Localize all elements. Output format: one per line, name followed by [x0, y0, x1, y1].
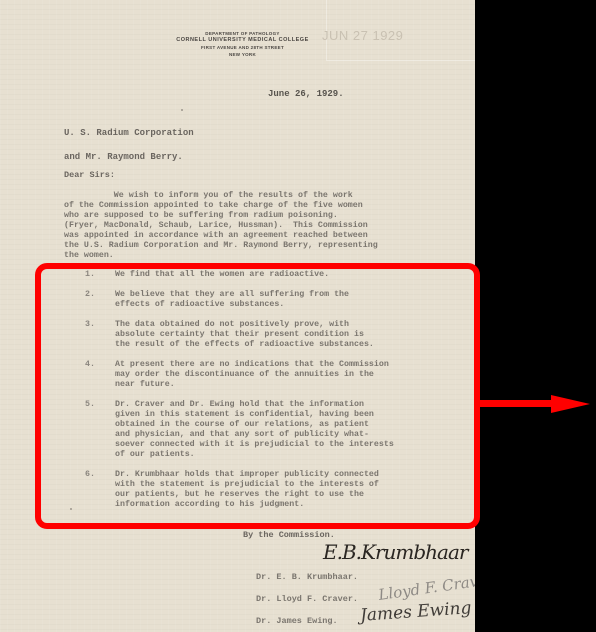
- addressee-line-2: and Mr. Raymond Berry.: [64, 145, 194, 169]
- signatory-name-craver: Dr. Lloyd F. Craver.: [256, 594, 358, 604]
- paper-speck: [70, 508, 72, 510]
- letterhead-city: NEW YORK: [150, 51, 335, 58]
- addressee-block: U. S. Radium Corporation and Mr. Raymond…: [64, 121, 194, 169]
- addressee-line-1: U. S. Radium Corporation: [64, 121, 194, 145]
- finding-text: We believe that they are all suffering f…: [115, 290, 349, 310]
- finding-text: At present there are no indications that…: [115, 360, 389, 390]
- intro-paragraph: We wish to inform you of the results of …: [64, 191, 409, 261]
- letterhead-college: CORNELL UNIVERSITY MEDICAL COLLEGE: [150, 37, 335, 44]
- finding-number: 5.: [85, 400, 115, 460]
- letterhead-department: DEPARTMENT OF PATHOLOGY: [150, 30, 335, 37]
- finding-text: The data obtained do not positively prov…: [115, 320, 374, 350]
- finding-item: 1. We find that all the women are radioa…: [85, 270, 455, 280]
- finding-item: 5. Dr. Craver and Dr. Ewing hold that th…: [85, 400, 455, 460]
- finding-number: 3.: [85, 320, 115, 350]
- arrow-right-icon: [475, 394, 590, 414]
- finding-text: Dr. Krumbhaar holds that improper public…: [115, 470, 379, 510]
- signatory-name-krumbhaar: Dr. E. B. Krumbhaar.: [256, 572, 358, 582]
- finding-number: 4.: [85, 360, 115, 390]
- screenshot-stage: JUN 27 1929 DEPARTMENT OF PATHOLOGY CORN…: [0, 0, 596, 632]
- salutation: Dear Sirs:: [64, 170, 115, 180]
- letterhead: DEPARTMENT OF PATHOLOGY CORNELL UNIVERSI…: [150, 30, 335, 58]
- letter-date: June 26, 1929.: [268, 89, 344, 99]
- finding-number: 1.: [85, 270, 115, 280]
- finding-number: 2.: [85, 290, 115, 310]
- finding-item: 6. Dr. Krumbhaar holds that improper pub…: [85, 470, 455, 510]
- letterhead-address: FIRST AVENUE AND 28TH STREET: [150, 44, 335, 51]
- finding-number: 6.: [85, 470, 115, 510]
- finding-item: 2. We believe that they are all sufferin…: [85, 290, 455, 310]
- findings-list: 1. We find that all the women are radioa…: [85, 270, 455, 520]
- finding-text: Dr. Craver and Dr. Ewing hold that the i…: [115, 400, 394, 460]
- signature-ewing: James Ewing: [359, 598, 472, 626]
- finding-item: 4. At present there are no indications t…: [85, 360, 455, 390]
- paper-speck: [181, 109, 183, 111]
- finding-item: 3. The data obtained do not positively p…: [85, 320, 455, 350]
- finding-text: We find that all the women are radioacti…: [115, 270, 329, 280]
- signature-krumbhaar: E.B.Krumbhaar: [323, 540, 467, 564]
- signatory-name-ewing: Dr. James Ewing.: [256, 616, 338, 626]
- letter-page: JUN 27 1929 DEPARTMENT OF PATHOLOGY CORN…: [0, 0, 475, 632]
- closing-line: By the Commission.: [243, 530, 335, 540]
